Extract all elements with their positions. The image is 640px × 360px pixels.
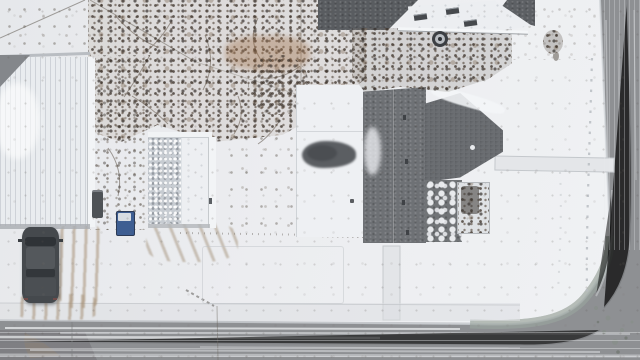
slush-streak bbox=[0, 355, 640, 356]
car-taillight-right bbox=[53, 298, 57, 300]
roof-vent-dot bbox=[403, 115, 406, 120]
shingle-roof-main bbox=[363, 87, 426, 243]
recycle-bin bbox=[116, 211, 135, 236]
roof-ridge-line bbox=[393, 87, 394, 243]
utility-box bbox=[92, 192, 103, 218]
footprint-trail bbox=[587, 58, 592, 298]
car-mirror-right bbox=[59, 239, 63, 242]
chimney-flue bbox=[438, 37, 442, 41]
house-roof-snow bbox=[400, 0, 532, 36]
garage-roof-left bbox=[148, 138, 182, 224]
flat-roof-seam bbox=[297, 131, 373, 132]
garage-ridge bbox=[181, 138, 182, 224]
car-mirror-left bbox=[18, 239, 22, 242]
brush-mid-column bbox=[222, 95, 307, 235]
patio-furniture bbox=[461, 186, 479, 214]
roof-vent-dot bbox=[405, 159, 408, 164]
brush-topleft bbox=[0, 0, 92, 58]
roof-drain-dot bbox=[350, 199, 354, 203]
wing-vent-white bbox=[470, 145, 475, 150]
snow-patch bbox=[364, 127, 381, 175]
aerial-photo bbox=[0, 0, 640, 360]
garage-shadow bbox=[148, 224, 210, 228]
building-left-roof bbox=[0, 55, 94, 228]
roof-vent-dot bbox=[402, 200, 405, 205]
slush-streak bbox=[5, 328, 460, 329]
roof-vent-dot bbox=[406, 230, 409, 235]
car-taillight-left bbox=[24, 298, 28, 300]
car-windshield bbox=[25, 237, 56, 246]
bush bbox=[543, 30, 563, 54]
bin-lid bbox=[118, 213, 131, 221]
car-roof bbox=[26, 247, 55, 269]
patio-deck bbox=[457, 182, 490, 234]
car bbox=[22, 227, 59, 303]
car-trunk bbox=[25, 278, 56, 296]
garage-gutter-right bbox=[208, 137, 216, 228]
melt-patch-core bbox=[307, 145, 337, 161]
lawn-outline bbox=[202, 246, 344, 304]
car-rear-window bbox=[26, 269, 55, 277]
garage-door-mark bbox=[209, 198, 212, 204]
garage-roof bbox=[148, 132, 216, 228]
chimney-vent bbox=[432, 31, 448, 47]
garage-roof-right bbox=[182, 138, 208, 224]
footprint-trail bbox=[558, 172, 561, 292]
